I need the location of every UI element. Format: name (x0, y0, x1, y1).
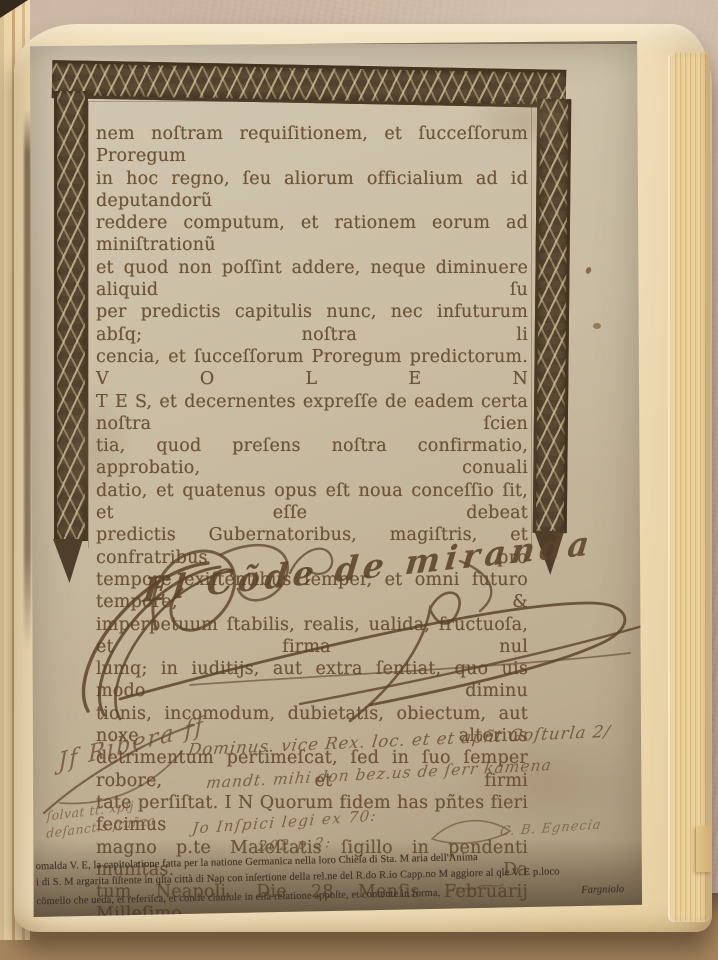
book-page: nem noſtram requiſitionem, et ſucceſſoru… (14, 24, 712, 932)
caption-credit: Fargniolo (581, 882, 638, 899)
manuscript-photo-plate: nem noſtram requiſitionem, et ſucceſſoru… (30, 41, 642, 917)
fore-edge-pages (668, 52, 710, 922)
manuscript-line: datio, et quatenus opus eſt noua conceſſ… (96, 480, 528, 525)
gutter-shadow (24, 110, 31, 650)
manuscript-line: nem noſtram requiſitionem, et ſucceſſoru… (96, 123, 528, 168)
caption-paraph-icon (446, 880, 506, 895)
ornament-band-right (533, 99, 572, 533)
fore-edge-step (696, 826, 712, 872)
plate-top-edge (30, 41, 642, 44)
manuscript-line: per predictis capitulis nunc, nec infutu… (96, 301, 528, 346)
manuscript-line: tia, quod preſens noſtra confirmatio, ap… (96, 435, 528, 480)
ink-fleck (593, 323, 601, 329)
manuscript-line: et quod non poſſint addere, neque diminu… (96, 257, 528, 302)
manuscript-line: T E S, et decernentes expreſſe de eadem … (96, 391, 528, 436)
photo-of-open-book: nem noſtram requiſitionem, et ſucceſſoru… (0, 0, 718, 960)
ink-fleck (585, 266, 592, 274)
manuscript-line: cencia, et ſucceſſorum Proregum predicto… (96, 346, 528, 391)
manuscript-line: in hoc regno, ſeu aliorum officialium ad… (96, 168, 528, 213)
manuscript-line: reddere computum, et rationem eorum ad m… (96, 212, 528, 257)
